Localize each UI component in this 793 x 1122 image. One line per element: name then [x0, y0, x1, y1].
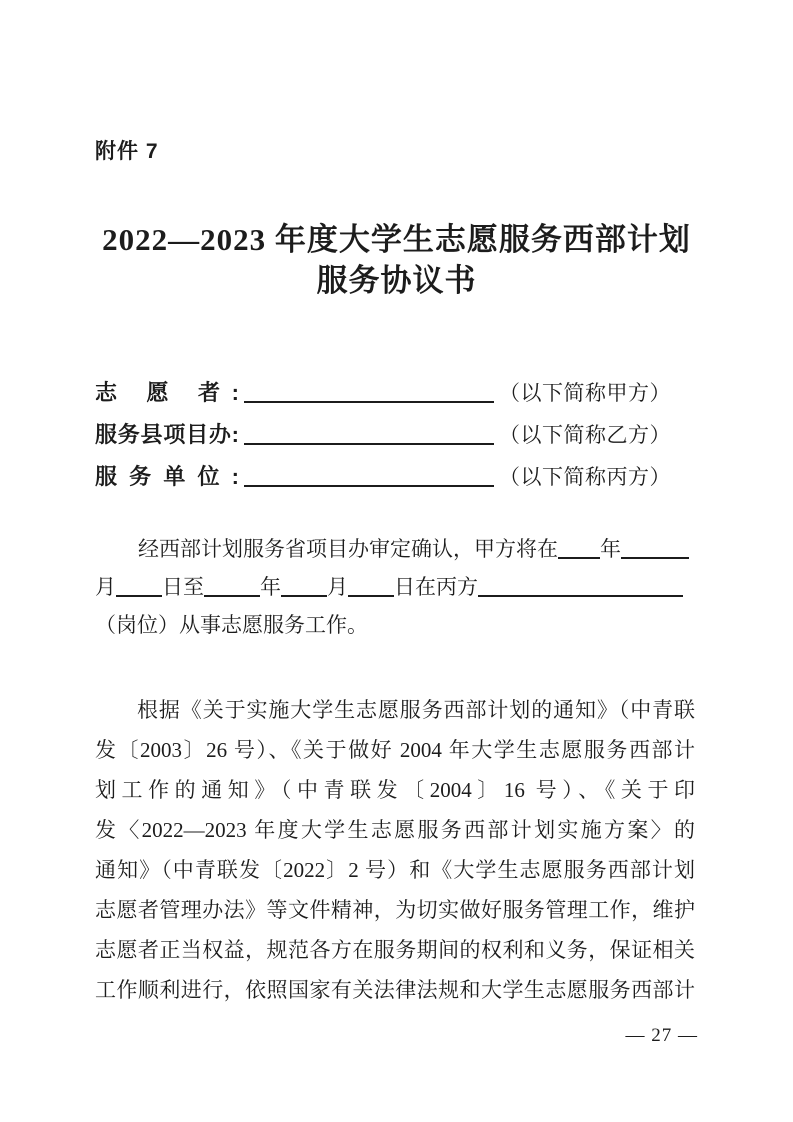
title-line-1: 2022—2023 年度大学生志愿服务西部计划	[0, 219, 793, 260]
attachment-label: 附件 7	[95, 135, 159, 165]
basis-line-3: 划工作的通知》（中青联发〔2004〕16 号）、《关于印	[95, 770, 695, 810]
service-period-text-1: 经西部计划服务省项目办审定确认，甲方将在	[138, 537, 558, 561]
party-fill-line-county-office	[244, 443, 494, 445]
fill-blank-end-day	[348, 595, 394, 597]
basis-line-8: 工作顺利进行，依照国家有关法律法规和大学生志愿服务西部计	[95, 970, 695, 1010]
fill-blank-post	[478, 595, 683, 597]
month-label-2: 月	[327, 575, 348, 599]
service-period-line-3: （岗位）从事志愿服务工作。	[95, 606, 695, 644]
fill-blank-end-month	[281, 595, 327, 597]
party-fill-line-service-unit	[244, 485, 494, 487]
fill-blank-start-day	[116, 595, 162, 597]
document-page: 附件 7 2022—2023 年度大学生志愿服务西部计划 服务协议书 志 愿 者…	[0, 0, 793, 1122]
party-fill-line-volunteer	[244, 401, 494, 403]
title-line-2: 服务协议书	[0, 260, 793, 301]
service-period-line-1: 经西部计划服务省项目办审定确认，甲方将在年	[95, 530, 695, 568]
parties-section: 志 愿 者:（以下简称甲方） 服务县项目办:（以下简称乙方） 服 务 单 位 :…	[95, 376, 665, 502]
basis-line-5: 通知》（中青联发〔2022〕2 号）和《大学生志愿服务西部计划	[95, 850, 695, 890]
document-title: 2022—2023 年度大学生志愿服务西部计划 服务协议书	[0, 219, 793, 301]
party-label-volunteer: 志 愿 者:	[95, 376, 239, 407]
party-alias-bingfang: （以下简称丙方）	[499, 465, 671, 489]
service-period-line-2: 月日至年月日在丙方	[95, 568, 695, 606]
basis-line-2: 发〔2003〕26 号）、《关于做好 2004 年大学生志愿服务西部计	[95, 730, 695, 770]
party-label-service-unit: 服 务 单 位 :	[95, 460, 239, 491]
fill-blank-start-month	[621, 557, 689, 559]
page-number: — 27 —	[626, 1025, 699, 1047]
basis-line-4: 发〈2022—2023 年度大学生志愿服务西部计划实施方案〉的	[95, 810, 695, 850]
fill-blank-start-year	[558, 557, 600, 559]
basis-line-1: 根据《关于实施大学生志愿服务西部计划的通知》（中青联	[95, 690, 695, 730]
year-label-2: 年	[260, 575, 281, 599]
basis-line-7: 志愿者正当权益，规范各方在服务期间的权利和义务，保证相关	[95, 930, 695, 970]
service-period-paragraph: 经西部计划服务省项目办审定确认，甲方将在年 月日至年月日在丙方 （岗位）从事志愿…	[95, 530, 695, 644]
party-label-county-office: 服务县项目办:	[95, 418, 239, 449]
party-row-volunteer: 志 愿 者:（以下简称甲方）	[95, 376, 665, 418]
month-label-1: 月	[95, 575, 116, 599]
at-unit-label: 日在丙方	[394, 575, 478, 599]
party-row-county-office: 服务县项目办:（以下简称乙方）	[95, 418, 665, 460]
year-label-1: 年	[600, 537, 621, 561]
basis-line-6: 志愿者管理办法》等文件精神，为切实做好服务管理工作，维护	[95, 890, 695, 930]
party-row-service-unit: 服 务 单 位 :（以下简称丙方）	[95, 460, 665, 502]
post-suffix-text: （岗位）从事志愿服务工作。	[95, 613, 368, 637]
fill-blank-end-year	[204, 595, 260, 597]
basis-paragraph: 根据《关于实施大学生志愿服务西部计划的通知》（中青联 发〔2003〕26 号）、…	[95, 690, 695, 1010]
day-to-label: 日至	[162, 575, 204, 599]
party-alias-yifang: （以下简称乙方）	[499, 423, 671, 447]
party-alias-jiafang: （以下简称甲方）	[499, 381, 671, 405]
